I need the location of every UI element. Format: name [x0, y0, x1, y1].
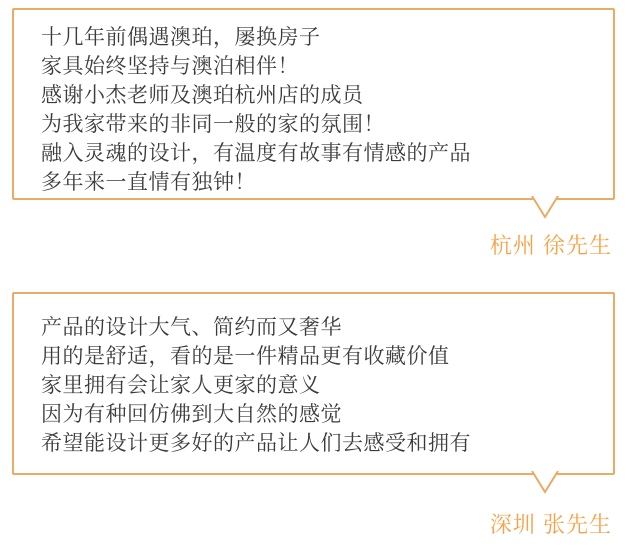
testimonial-attribution-2: 深圳 张先生 [0, 512, 612, 538]
quote-line: 家里拥有会让家人更家的意义 [41, 371, 595, 400]
quote-lines: 十几年前偶遇澳珀，屡换房子家具始终坚持与澳泊相伴！感谢小杰老师及澳珀杭州店的成员… [41, 23, 595, 197]
quote-line: 产品的设计大气、简约而又奢华 [41, 313, 595, 342]
quote-lines: 产品的设计大气、简约而又奢华用的是舒适，看的是一件精品更有收藏价值家里拥有会让家… [41, 313, 595, 458]
quote-line: 家具始终坚持与澳泊相伴！ [41, 52, 595, 81]
quote-line: 为我家带来的非同一般的家的氛围！ [41, 110, 595, 139]
quote-line: 融入灵魂的设计，有温度有故事有情感的产品 [41, 139, 595, 168]
quote-line: 感谢小杰老师及澳珀杭州店的成员 [41, 81, 595, 110]
testimonial-attribution-1: 杭州 徐先生 [0, 233, 612, 259]
speech-bubble-tail-icon [530, 471, 560, 495]
quote-line: 十几年前偶遇澳珀，屡换房子 [41, 23, 595, 52]
quote-line: 希望能设计更多好的产品让人们去感受和拥有 [41, 429, 595, 458]
quote-line: 多年来一直情有独钟！ [41, 168, 595, 197]
testimonial-bubble-2: 产品的设计大气、简约而又奢华用的是舒适，看的是一件精品更有收藏价值家里拥有会让家… [12, 292, 615, 475]
speech-bubble-tail-icon [530, 196, 560, 220]
quote-line: 因为有种回仿佛到大自然的感觉 [41, 400, 595, 429]
quote-line: 用的是舒适，看的是一件精品更有收藏价值 [41, 342, 595, 371]
testimonial-bubble-1: 十几年前偶遇澳珀，屡换房子家具始终坚持与澳泊相伴！感谢小杰老师及澳珀杭州店的成员… [12, 8, 615, 200]
